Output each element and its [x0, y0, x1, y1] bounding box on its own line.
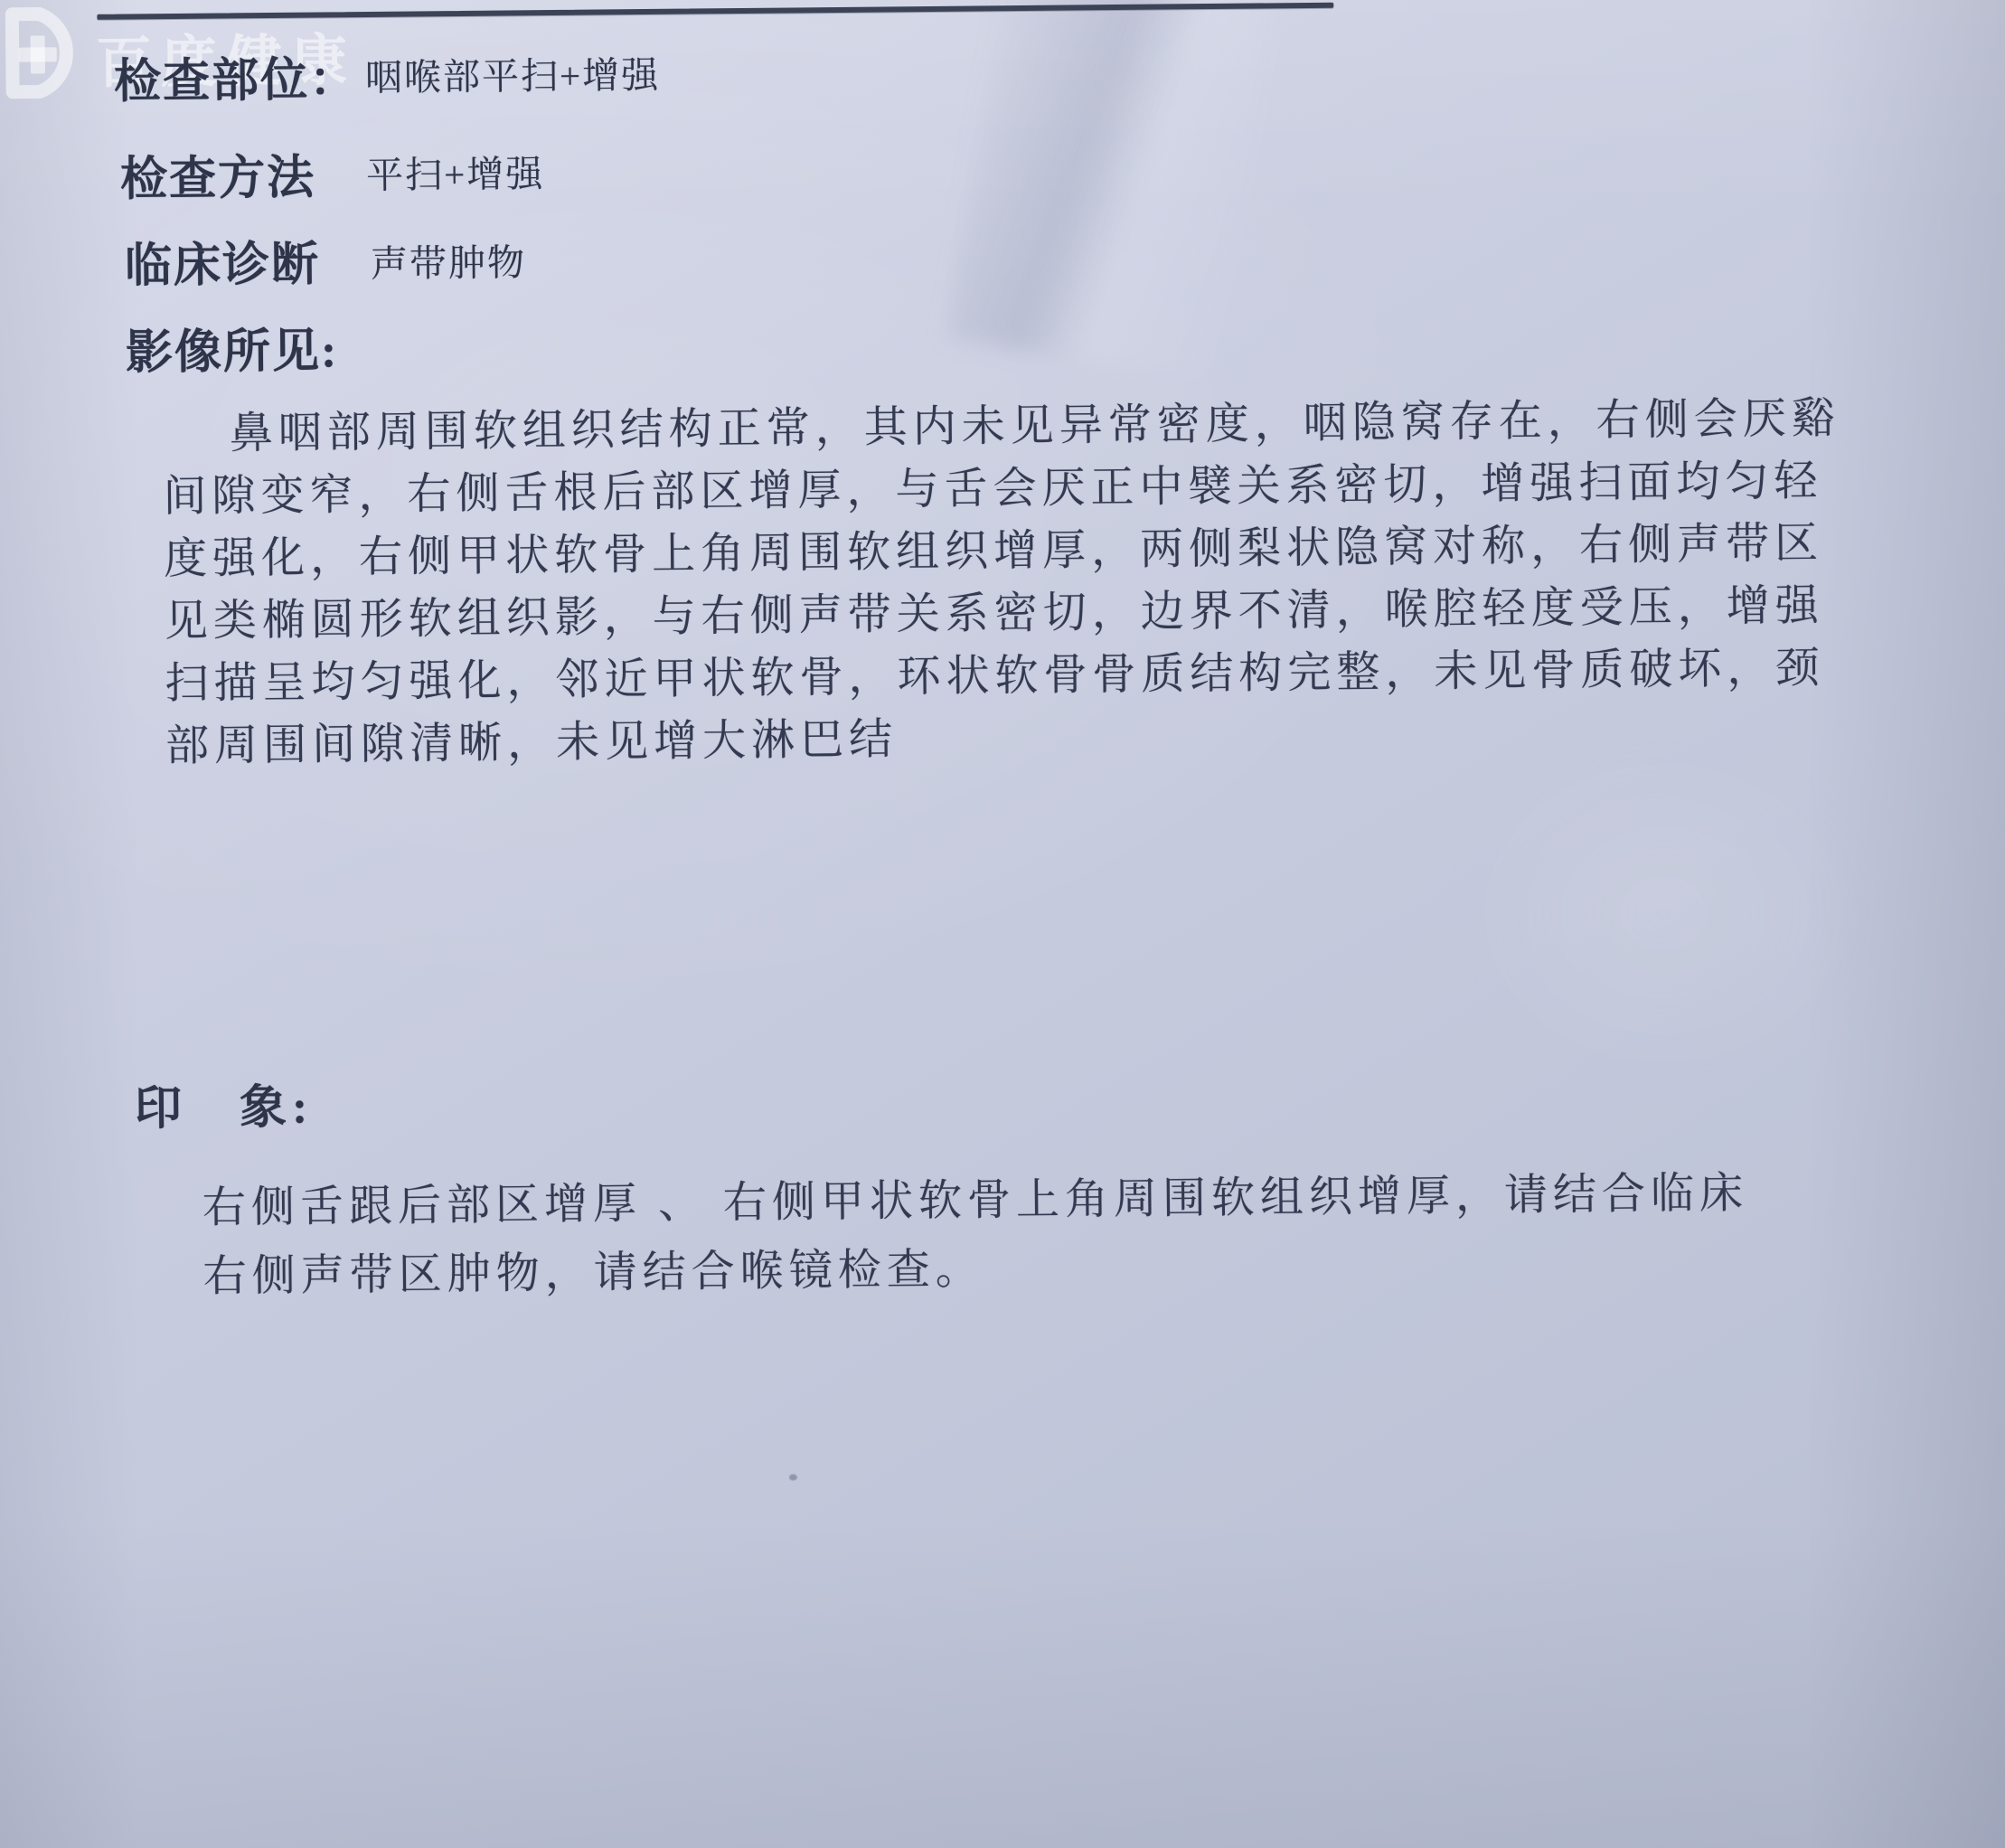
impression-line-2: 右侧声带区肿物，请结合喉镜检查。 — [202, 1233, 984, 1303]
field-value-clinical-dx: 声带肿物 — [371, 232, 527, 288]
findings-line-6: 部周围间隙清晰，未见增大淋巴结 — [165, 703, 899, 773]
top-rule — [97, 3, 1333, 20]
field-label-exam-site: 检查部位： — [114, 41, 359, 111]
field-value-exam-site: 咽喉部平扫+增强 — [365, 45, 661, 101]
paper-speck — [789, 1474, 797, 1480]
impression-line-1: 右侧舌跟后部区增厚 、 右侧甲状软骨上角周围软组织增厚，请结合临床 — [202, 1157, 1749, 1234]
findings-heading: 影像所见: — [126, 312, 339, 382]
baidu-health-cross-icon — [3, 6, 81, 99]
field-value-exam-method: 平扫+增强 — [366, 144, 545, 199]
impression-heading: 印 象: — [135, 1069, 314, 1138]
field-label-exam-method: 检查方法 — [120, 139, 316, 209]
field-label-clinical-dx: 临床诊断 — [125, 225, 321, 295]
report-sheet: 百度健康 检查部位： 咽喉部平扫+增强 检查方法 平扫+增强 临床诊断 声带肿物… — [0, 0, 2005, 1848]
